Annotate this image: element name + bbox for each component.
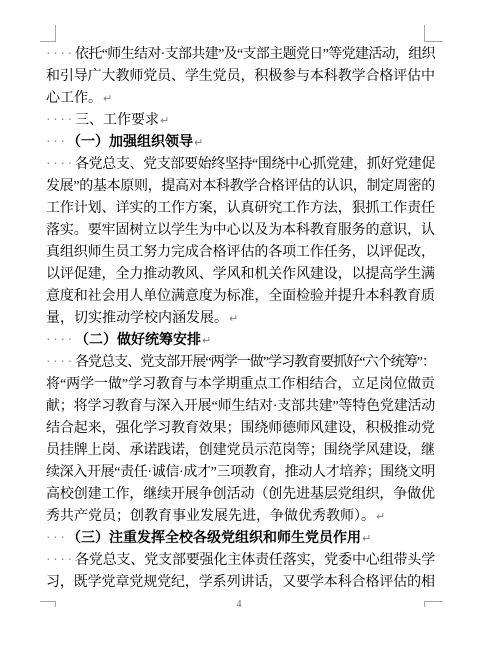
text-line: ····依托“师生结对·支部共建”及“支部主题党日”等党建活动，组织 bbox=[46, 44, 435, 66]
line-text: 续深入开展“责任·诚信·成才”三项教育，推动人才培养；围绕文明 bbox=[46, 465, 435, 480]
page-number: 4 bbox=[0, 599, 478, 611]
line-text: 结合起来，强化学习教育效果；围绕师德师风建设，积极推动党 bbox=[46, 421, 435, 436]
line-text: （一）加强组织领导 bbox=[67, 135, 193, 150]
text-line: 落实。要牢固树立以学生为中心以及为本科教育服务的意识，认 bbox=[46, 220, 435, 242]
paragraph-mark-icon: ↵ bbox=[194, 136, 203, 149]
space-format-marks: ···· bbox=[46, 110, 75, 132]
text-line: 献；将学习教育与深入开展“师生结对·支部共建”等特色党建活动 bbox=[46, 396, 435, 418]
text-line: 将“两学一做”学习教育与本学期重点工作相结合，立足岗位做贡 bbox=[46, 374, 435, 396]
text-line: 和引导广大教师党员、学生党员，积极参与本科教学合格评估中 bbox=[46, 66, 435, 88]
line-text: 各党总支、党支部开展“两学一做”学习教育要抓好“六个统筹”： bbox=[75, 355, 435, 370]
line-text: 员挂牌上岗、承诺践诺，创建党员示范岗等；围绕学风建设，继 bbox=[46, 443, 435, 458]
paragraph-mark-icon: ↵ bbox=[103, 92, 112, 105]
space-format-marks: ··· bbox=[46, 132, 67, 154]
heading-line: ····（二）做好统筹安排↵ bbox=[46, 330, 435, 352]
text-line: 习，既学党章党规党纪，学系列讲话，又要学本科合格评估的相 bbox=[46, 572, 435, 594]
heading-line: ···（三）注重发挥全校各级党组织和师生党员作用↵ bbox=[46, 528, 435, 550]
text-line: 真组织师生员工努力完成合格评估的各项工作任务，以评促改， bbox=[46, 242, 435, 264]
text-line: ····各党总支、党支部开展“两学一做”学习教育要抓好“六个统筹”： bbox=[46, 352, 435, 374]
line-text: 高校创建工作，继续开展争创活动（创先进基层党组织，争做优 bbox=[46, 487, 435, 502]
text-line: ····各党总支、党支部要强化主体责任落实，党委中心组带头学 bbox=[46, 550, 435, 572]
text-area[interactable]: ····依托“师生结对·支部共建”及“支部主题党日”等党建活动，组织和引导广大教… bbox=[46, 44, 435, 594]
text-line: 心工作。↵ bbox=[46, 88, 435, 110]
text-line: 续深入开展“责任·诚信·成才”三项教育，推动人才培养；围绕文明 bbox=[46, 462, 435, 484]
line-text: （二）做好统筹安排 bbox=[75, 333, 201, 348]
paragraph-mark-icon: ↵ bbox=[160, 114, 169, 127]
line-text: 三、工作要求 bbox=[75, 113, 159, 128]
line-text: （三）注重发挥全校各级党组织和师生党员作用 bbox=[67, 531, 361, 546]
heading-line: ···（一）加强组织领导↵ bbox=[46, 132, 435, 154]
line-text: 心工作。 bbox=[46, 91, 102, 106]
space-format-marks: ···· bbox=[46, 550, 75, 572]
space-format-marks: ··· bbox=[46, 528, 67, 550]
text-line: 量，切实推动学校内涵发展。↵ bbox=[46, 308, 435, 330]
line-text: 真组织师生员工努力完成合格评估的各项工作任务，以评促改， bbox=[46, 245, 435, 260]
crop-mark-top-right bbox=[424, 25, 443, 42]
text-line: 秀共产党员；创教育事业发展先进，争做优秀教师）。↵ bbox=[46, 506, 435, 528]
line-text: 依托“师生结对·支部共建”及“支部主题党日”等党建活动，组织 bbox=[75, 47, 435, 62]
text-line: 发展”的基本原则，提高对本科教学合格评估的认识，制定周密的 bbox=[46, 176, 435, 198]
line-text: 工作计划、详实的工作方案，认真研究工作方法，狠抓工作责任 bbox=[46, 201, 435, 216]
line-text: 以评促建，全力推动教风、学风和机关作风建设，以提高学生满 bbox=[46, 267, 435, 282]
line-text: 和引导广大教师党员、学生党员，积极参与本科教学合格评估中 bbox=[46, 69, 435, 84]
text-line: 结合起来，强化学习教育效果；围绕师德师风建设，积极推动党 bbox=[46, 418, 435, 440]
line-text: 落实。要牢固树立以学生为中心以及为本科教育服务的意识，认 bbox=[46, 223, 435, 238]
line-text: 各党总支、党支部要始终坚持“围绕中心抓党建，抓好党建促 bbox=[75, 157, 435, 172]
text-line: 高校创建工作，继续开展争创活动（创先进基层党组织，争做优 bbox=[46, 484, 435, 506]
paragraph-mark-icon: ↵ bbox=[229, 312, 238, 325]
space-format-marks: ···· bbox=[46, 44, 75, 66]
space-format-marks: ···· bbox=[46, 330, 75, 352]
line-text: 量，切实推动学校内涵发展。 bbox=[46, 311, 228, 326]
text-line: ····三、工作要求↵ bbox=[46, 110, 435, 132]
paragraph-mark-icon: ↵ bbox=[202, 334, 211, 347]
paragraph-mark-icon: ↵ bbox=[376, 510, 385, 523]
text-line: 意度和社会用人单位满意度为标准，全面检验并提升本科教育质 bbox=[46, 286, 435, 308]
line-text: 习，既学党章党规党纪，学系列讲话，又要学本科合格评估的相 bbox=[46, 575, 435, 590]
line-text: 献；将学习教育与深入开展“师生结对·支部共建”等特色党建活动 bbox=[46, 399, 435, 414]
line-text: 将“两学一做”学习教育与本学期重点工作相结合，立足岗位做贡 bbox=[46, 377, 435, 392]
space-format-marks: ···· bbox=[46, 154, 75, 176]
line-text: 秀共产党员；创教育事业发展先进，争做优秀教师）。 bbox=[46, 509, 375, 524]
crop-mark-top-left bbox=[40, 25, 56, 42]
document-page: ····依托“师生结对·支部共建”及“支部主题党日”等党建活动，组织和引导广大教… bbox=[0, 0, 478, 659]
line-text: 发展”的基本原则，提高对本科教学合格评估的认识，制定周密的 bbox=[46, 179, 435, 194]
line-text: 各党总支、党支部要强化主体责任落实，党委中心组带头学 bbox=[75, 553, 435, 568]
text-line: 以评促建，全力推动教风、学风和机关作风建设，以提高学生满 bbox=[46, 264, 435, 286]
space-format-marks: ···· bbox=[46, 352, 75, 374]
text-line: ····各党总支、党支部要始终坚持“围绕中心抓党建，抓好党建促 bbox=[46, 154, 435, 176]
paragraph-mark-icon: ↵ bbox=[362, 532, 371, 545]
text-line: 员挂牌上岗、承诺践诺，创建党员示范岗等；围绕学风建设，继 bbox=[46, 440, 435, 462]
line-text: 意度和社会用人单位满意度为标准，全面检验并提升本科教育质 bbox=[46, 289, 435, 304]
text-line: 工作计划、详实的工作方案，认真研究工作方法，狠抓工作责任 bbox=[46, 198, 435, 220]
